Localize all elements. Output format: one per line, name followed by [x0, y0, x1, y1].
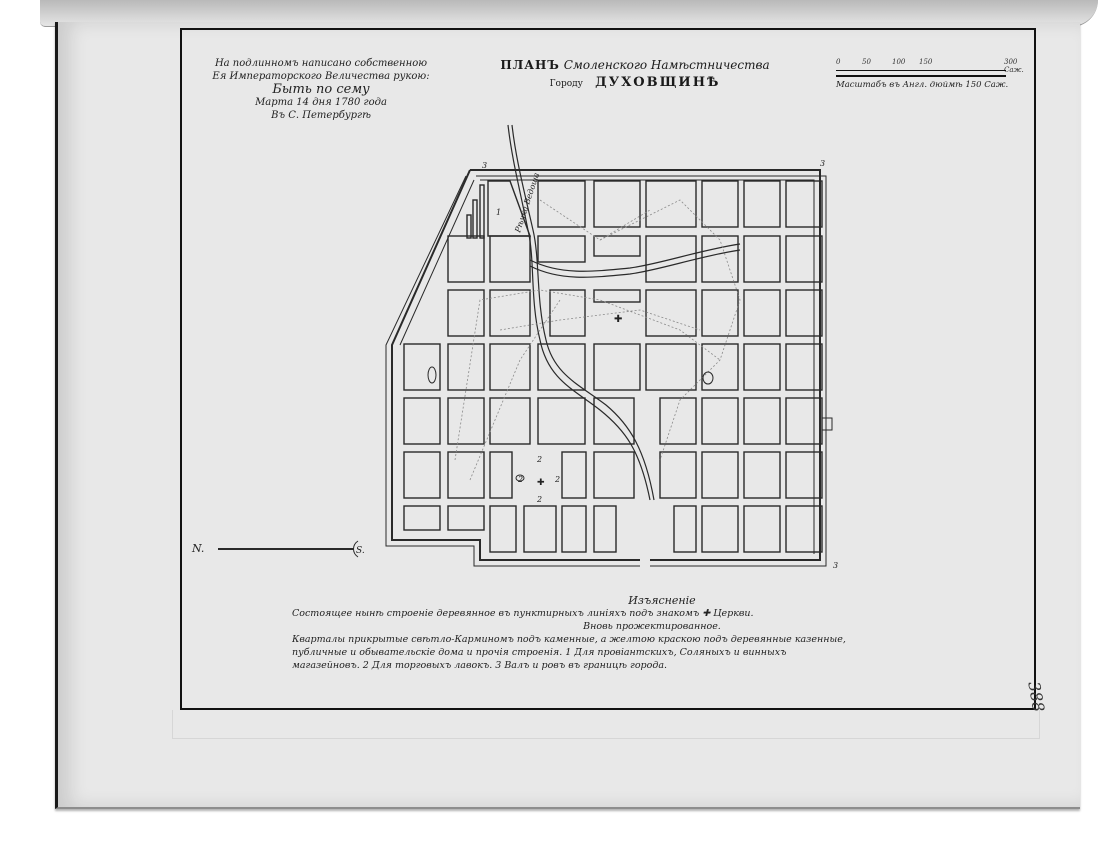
block-number-1: 1 [496, 208, 501, 217]
corner-mark-se: 3 [833, 561, 838, 570]
corner-mark-ne: 3 [820, 159, 825, 168]
church-cross-icon: ✚ [537, 478, 545, 488]
block-number-2a: 2 [536, 455, 542, 464]
map-legend: Изъясненіе Состоящее нынѣ строеніе дерев… [292, 594, 972, 672]
legend-line-1: Состоящее нынѣ строеніе деревянное въ пу… [292, 607, 972, 620]
block-number-2c: 2 [554, 475, 560, 484]
block-number-2b: 2 [517, 475, 523, 484]
compass-north-label: N. [191, 542, 204, 555]
legend-heading: Изъясненіе [352, 594, 972, 607]
legend-line-2: Вновь прожектированное. [332, 620, 972, 633]
town-plan-map: Рѣчка Ведоша 1 2 2 2 2 3 3 3 ✚ ✚ N. S. [0, 0, 1100, 851]
legend-line-3: Кварталы прикрытые свѣтло-Карминомъ подъ… [292, 633, 972, 646]
corner-mark-nw: 3 [482, 161, 487, 170]
compass-south-label: S. [356, 546, 365, 556]
meridian-line [218, 541, 358, 557]
legend-line-4: публичные и обывательскіе дома и прочія … [292, 646, 972, 659]
church-cross-icon: ✚ [614, 314, 622, 325]
block-number-2d: 2 [536, 495, 542, 504]
ponds [428, 367, 832, 481]
legend-line-5: магазейновъ. 2 Для торговыхъ лавокъ. 3 В… [292, 659, 972, 672]
city-blocks [404, 181, 822, 552]
old-street-lines [455, 200, 740, 480]
